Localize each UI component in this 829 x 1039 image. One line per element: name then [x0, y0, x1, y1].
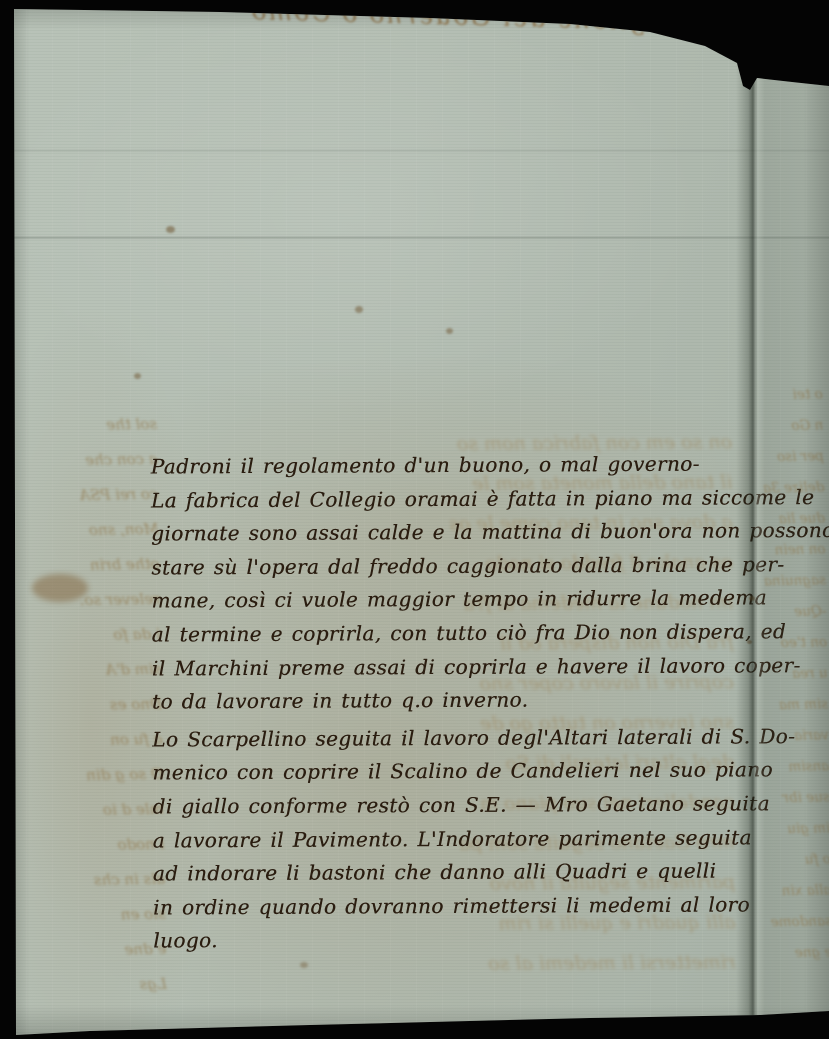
illegible-show-through-line: Mon, sno — [19, 512, 160, 549]
manuscript-text-line: Lo Scarpellino seguita il lavoro degl'Al… — [152, 720, 727, 757]
illegible-show-through-line: sue ibr — [760, 782, 829, 814]
manuscript-text-line: giornate sono assai calde e la mattina d… — [151, 515, 726, 552]
manuscript-page: Con oglione del Gouerno o Como sol thea … — [0, 0, 829, 1039]
illegible-show-through-line: sandome — [762, 906, 829, 938]
illegible-show-through-line: sim d'A — [21, 652, 162, 689]
illegible-show-through-line: varia — [758, 720, 829, 752]
illegible-show-through-line: relever so. — [20, 582, 161, 619]
manuscript-text-line: stare sù l'opera dal freddo caggionato d… — [151, 548, 726, 585]
illegible-show-through-line: due lia — [755, 503, 826, 535]
illegible-show-through-line: a fu on — [22, 722, 163, 759]
manuscript-text-line: il Marchini preme assai di coprirla e ha… — [152, 649, 727, 686]
photograph-background: Con oglione del Gouerno o Como sol thea … — [0, 0, 829, 1039]
horizontal-crease-line — [10, 148, 829, 153]
foxing-spot — [355, 306, 363, 313]
faded-docket-inscription: Con oglione del Gouerno o Como — [208, 0, 729, 38]
manuscript-text-line: in ordine quando dovranno rimettersi li … — [153, 888, 728, 925]
show-through-right-panel: o tein Goper isodelize 3adue liaon neins… — [752, 379, 829, 1012]
illegible-show-through-line: othe brin — [19, 547, 160, 584]
manuscript-text-line: ad indorare li bastoni che danno alli Qu… — [153, 855, 728, 892]
illegible-show-through-line: on nein — [755, 534, 826, 566]
illegible-show-through-line: a con che — [17, 442, 158, 479]
illegible-show-through-line: e gne — [762, 937, 829, 969]
foxing-spot — [166, 226, 175, 233]
illegible-show-through-line: n Go — [753, 410, 824, 442]
horizontal-crease-line — [10, 235, 829, 240]
show-through-left-margin: sol thea con checo rei PSAMon, snoothe b… — [17, 407, 167, 1004]
foxing-spot — [446, 328, 453, 334]
illegible-show-through-line: per iso — [754, 441, 825, 473]
illegible-show-through-line: i da fo — [20, 617, 161, 654]
illegible-show-through-line: sio en — [25, 897, 166, 934]
manuscript-text-line: La fabrica del Collegio oramai è fatta i… — [151, 481, 726, 518]
illegible-show-through-line: co rei PSA — [18, 477, 159, 514]
illegible-show-through-line: i nodo — [24, 827, 165, 864]
illegible-show-through-line: e dne — [26, 932, 167, 969]
illegible-show-through-line: sim ma — [758, 689, 829, 721]
illegible-show-through-line: ansim — [759, 751, 829, 783]
illegible-show-through-line: mle d io — [24, 792, 165, 829]
manuscript-text-line: luogo. — [153, 922, 728, 959]
illegible-show-through-line: O so g din — [23, 757, 164, 794]
illegible-show-through-line: delize 3a — [754, 472, 825, 504]
illegible-show-through-line: sol the — [17, 407, 158, 444]
illegible-show-through-line: on t'eo — [757, 627, 828, 659]
illegible-show-through-line: im giu — [760, 813, 829, 845]
illegible-show-through-line: als in chs — [25, 862, 166, 899]
manuscript-text-line: al termine e coprirla, con tutto ciò fra… — [152, 615, 727, 652]
illegible-show-through-line: u rea — [757, 658, 828, 690]
manuscript-text-line: mane, così ci vuole maggior tempo in rid… — [151, 582, 726, 619]
illegible-show-through-line: -Que — [756, 596, 827, 628]
illegible-show-through-line: Dno es — [22, 687, 163, 724]
manuscript-text-line: to da lavorare in tutto q.o inverno. — [152, 683, 727, 720]
illegible-show-through-line: sagnuina — [756, 565, 827, 597]
illegible-show-through-line: alla xin — [761, 875, 829, 907]
illegible-show-through-line: o tei — [752, 379, 823, 411]
foxing-spot — [134, 373, 141, 379]
manuscript-text-line: di giallo conforme restò con S.E. — Mro … — [152, 787, 727, 824]
manuscript-text-line: Padroni il regolamento d'un buono, o mal… — [151, 447, 726, 484]
illegible-show-through-line: Lgs — [27, 967, 168, 1004]
manuscript-text-line: a lavorare il Pavimento. L'Indoratore pa… — [153, 821, 728, 858]
manuscript-body-text: Padroni il regolamento d'un buono, o mal… — [151, 447, 729, 958]
illegible-show-through-line: o fu — [761, 844, 829, 876]
manuscript-text-line: menico con coprire il Scalino de Candeli… — [152, 754, 727, 791]
